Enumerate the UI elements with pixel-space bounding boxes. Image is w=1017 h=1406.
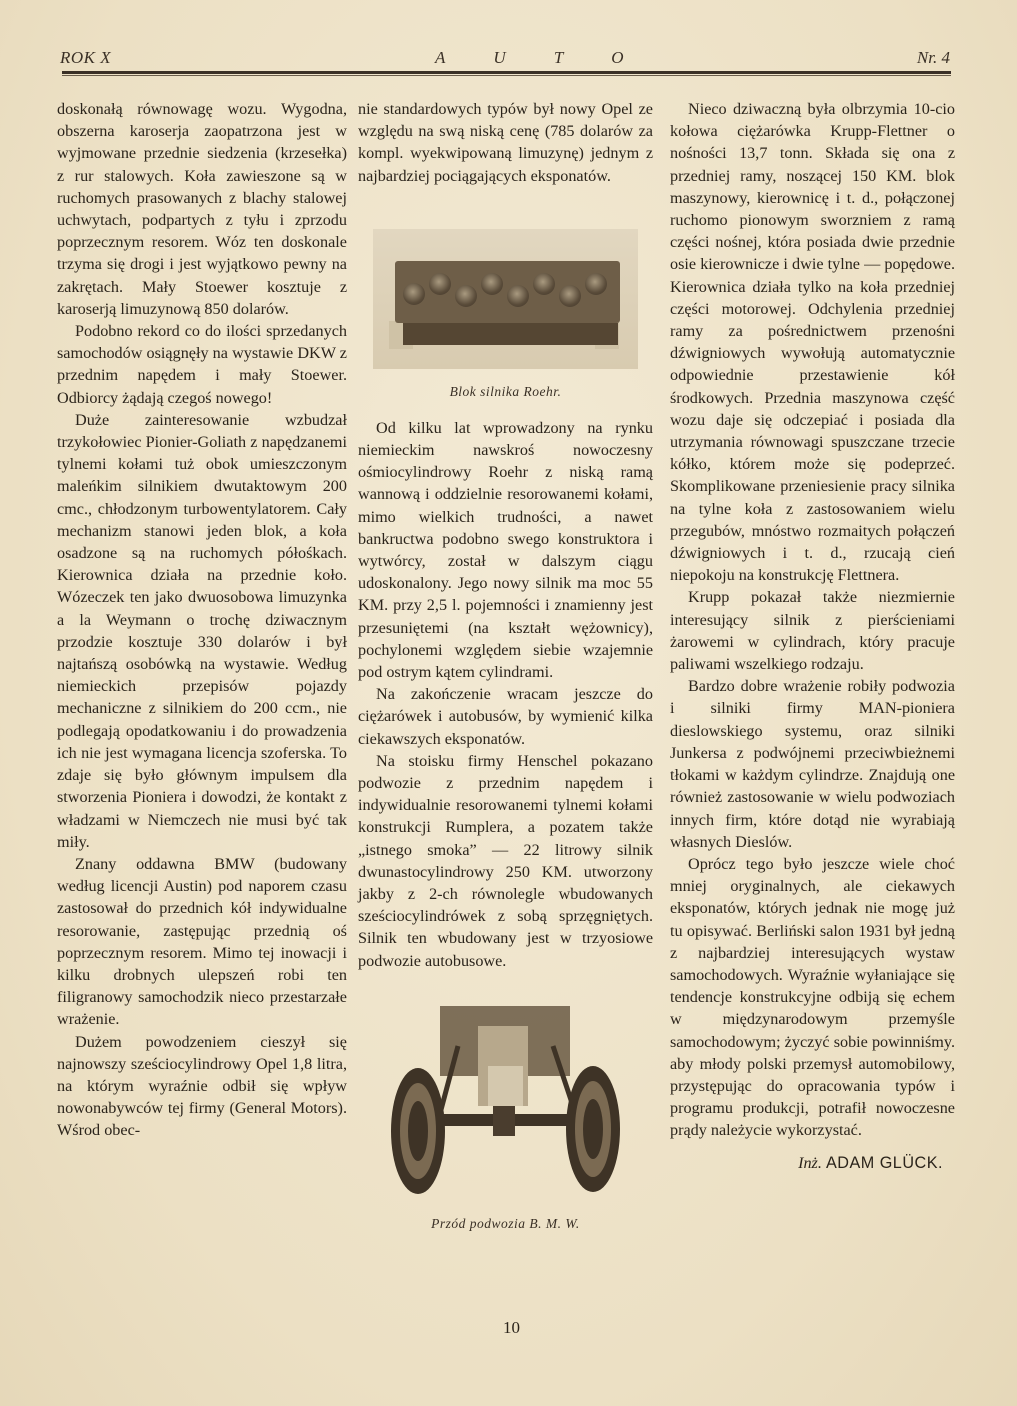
chassis-illustration <box>378 1006 633 1201</box>
paragraph: Duże zainteresowanie wzbudzał trzykołowi… <box>57 409 347 853</box>
column-3: Nieco dziwaczną była olbrzymia 10-cio ko… <box>670 98 955 1174</box>
paragraph: Dużem powodzeniem cieszył się najnowszy … <box>57 1031 347 1142</box>
volume-label: ROK X <box>60 48 111 68</box>
figure-bmw-chassis: Przód podwozia B. M. W. <box>358 1006 653 1233</box>
author-title: Inż. <box>798 1154 822 1172</box>
paragraph: Znany oddawna BMW (budowany według licen… <box>57 853 347 1031</box>
figure-caption: Blok silnika Roehr. <box>358 383 653 401</box>
header-rule <box>62 71 951 76</box>
figure-engine-block: Blok silnika Roehr. <box>358 229 653 401</box>
paragraph: Krupp pokazał także niezmiernie interesu… <box>670 586 955 675</box>
paragraph: nie standardowych typów był nowy Opel ze… <box>358 98 653 187</box>
author-name: ADAM GLÜCK. <box>826 1154 943 1172</box>
author-signature: Inż. ADAM GLÜCK. <box>670 1152 955 1174</box>
paragraph: doskonałą równowagę wozu. Wygodna, obsze… <box>57 98 347 320</box>
issue-number: Nr. 4 <box>917 48 950 68</box>
paragraph: Na stoisku firmy Henschel pokazano podwo… <box>358 750 653 972</box>
magazine-title: A U T O <box>435 48 646 68</box>
bmw-chassis-photo <box>378 1006 633 1201</box>
column-2: nie standardowych typów był nowy Opel ze… <box>358 98 653 1249</box>
paragraph: Oprócz tego było jeszcze wiele choć mnie… <box>670 853 955 1142</box>
paragraph: Bardzo dobre wrażenie robiły podwozia i … <box>670 675 955 853</box>
page-header: ROK X A U T O Nr. 4 <box>60 44 950 70</box>
paragraph: Od kilku lat wprowadzony na rynku niemie… <box>358 417 653 683</box>
paragraph: Nieco dziwaczną była olbrzymia 10-cio ko… <box>670 98 955 586</box>
engine-block-photo <box>373 229 638 369</box>
photo-detail <box>395 261 620 323</box>
paragraph: Podobno rekord co do ilości sprzedanych … <box>57 320 347 409</box>
column-1: doskonałą równowagę wozu. Wygodna, obsze… <box>57 98 347 1142</box>
figure-caption: Przód podwozia B. M. W. <box>358 1215 653 1233</box>
paragraph: Na zakończenie wracam jeszcze do ciężaró… <box>358 683 653 750</box>
page-number: 10 <box>503 1318 520 1338</box>
photo-detail <box>403 323 618 345</box>
